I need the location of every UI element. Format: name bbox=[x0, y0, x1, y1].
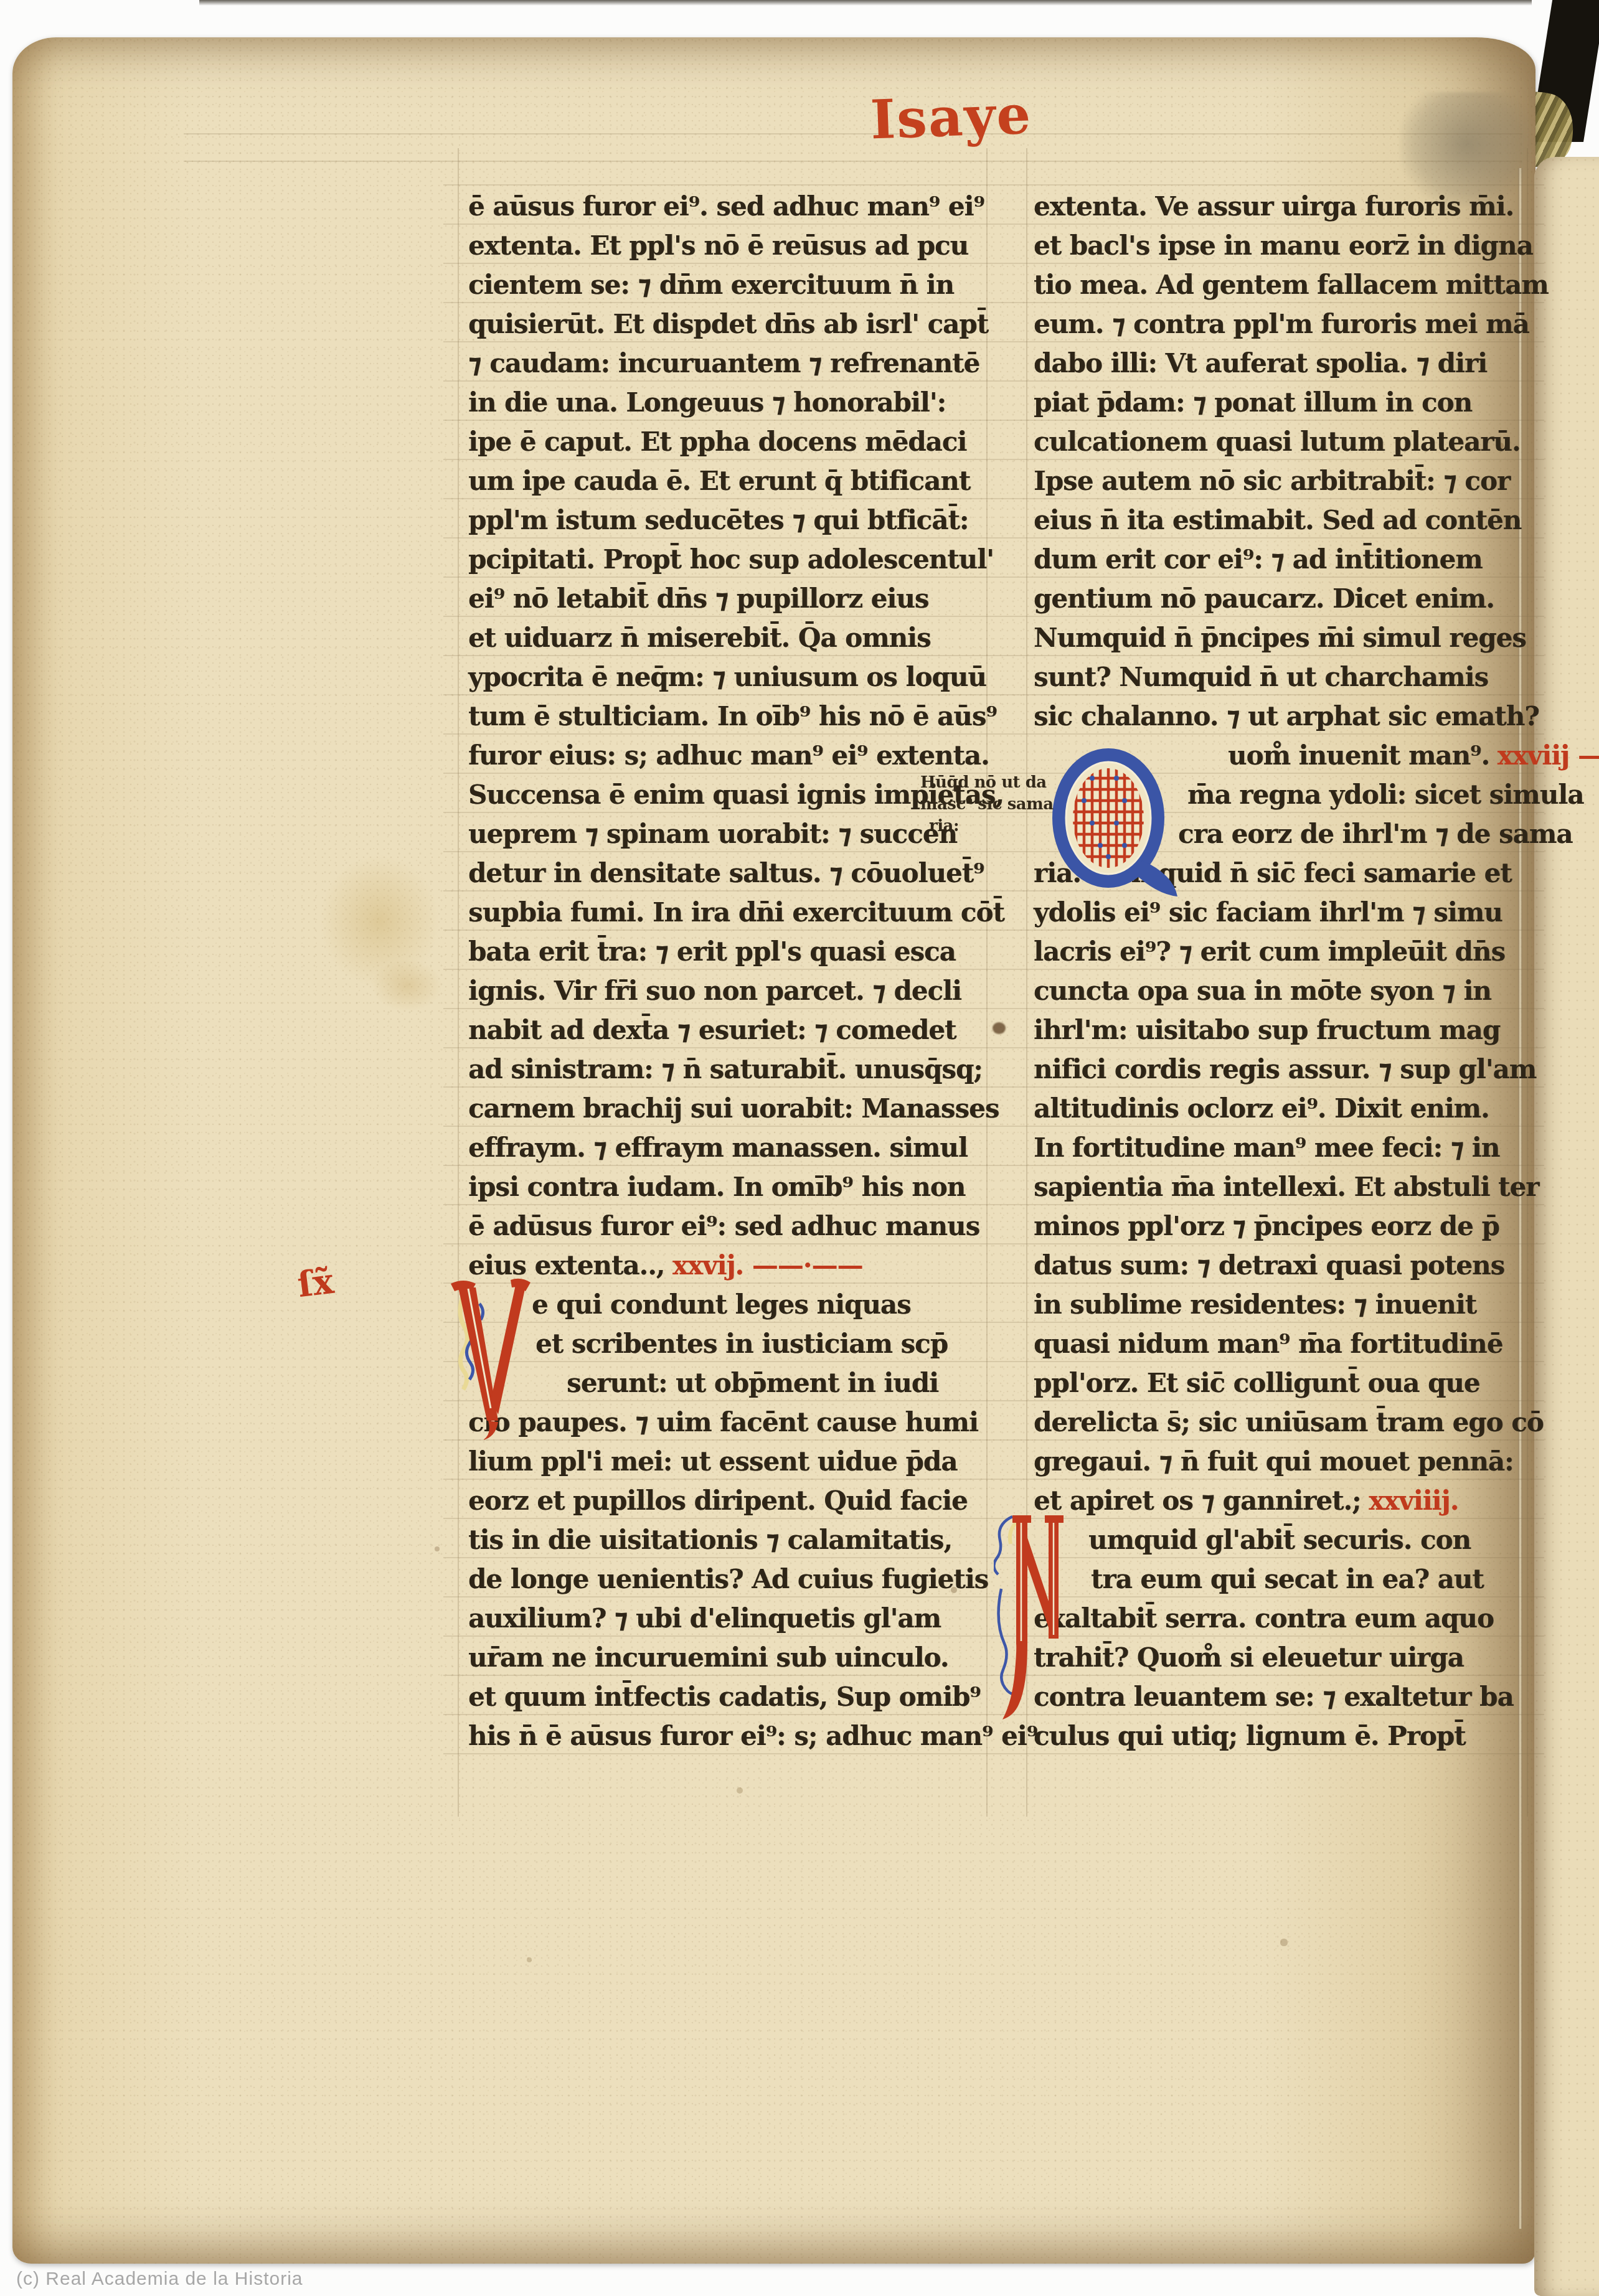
text-run: et scribentes in iusticiam scp̄ bbox=[535, 1329, 948, 1359]
manuscript-text-line: pcipitati. Propt̄ hoc sup adolescentul' bbox=[468, 540, 981, 579]
decorated-initial-v bbox=[450, 1276, 532, 1441]
manuscript-text-line: ihrl'm: uisitabo sup fructum mag bbox=[1034, 1010, 1547, 1050]
margin-paraph-mark: ſx̃ bbox=[295, 1261, 336, 1306]
text-run: exaltabit̄ serra. contra eum aquo bbox=[1034, 1603, 1494, 1634]
text-run: umquid gl'abit̄ securis. con bbox=[1088, 1525, 1471, 1555]
text-run: eum. ⁊ contra ppl'm furoris mei mā bbox=[1034, 309, 1529, 339]
text-run: serunt: ut obp̄ment in iudi bbox=[567, 1368, 938, 1398]
text-run: altitudinis oclorz ei⁹. Dixit enim. bbox=[1034, 1093, 1489, 1124]
manuscript-text-line: cuncta opa sua in mōte syon ⁊ in bbox=[1034, 971, 1547, 1010]
manuscript-text-line: altitudinis oclorz ei⁹. Dixit enim. bbox=[1034, 1089, 1547, 1128]
text-run: gregaui. ⁊ n̄ fuit qui mouet pennā: bbox=[1034, 1446, 1514, 1477]
text-run: detur in densitate saltus. ⁊ cōuoluet̄⁹ bbox=[468, 858, 984, 888]
text-run: furor eius: s; adhuc man⁹ ei⁹ extenta. bbox=[468, 740, 989, 771]
manuscript-text-line: dum erit cor ei⁹: ⁊ ad int̄itionem bbox=[1034, 540, 1547, 579]
manuscript-text-line: detur in densitate saltus. ⁊ cōuoluet̄⁹ bbox=[468, 854, 981, 893]
text-run: uom̊ inuenit man⁹. bbox=[1228, 740, 1489, 771]
text-run: quisierūt. Et dispdet dn̄s ab isrl' capt… bbox=[468, 309, 988, 339]
manuscript-text-line: ppl'm istum seducētes ⁊ qui btficāt̄: bbox=[468, 501, 981, 540]
manuscript-text-line: sunt? Numquid n̄ ut charchamis bbox=[1034, 657, 1547, 697]
text-run: ihrl'm: uisitabo sup fructum mag bbox=[1034, 1015, 1500, 1045]
book-top-edge bbox=[199, 0, 1532, 6]
text-run: ppl'orz. Et sic̄ colligunt̄ oua que bbox=[1034, 1368, 1480, 1398]
chapter-numeral: xxviiij. bbox=[1361, 1485, 1459, 1516]
manuscript-text-line: ueprem ⁊ spinam uorabit: ⁊ succen bbox=[468, 814, 981, 854]
text-run: cuncta opa sua in mōte syon ⁊ in bbox=[1034, 976, 1491, 1006]
text-run: ipsi contra iudam. In omīb⁹ his non bbox=[468, 1172, 965, 1202]
manuscript-text-line: ipe ē caput. Et ppha docens mēdaci bbox=[468, 422, 981, 461]
manuscript-text-line: Ipse autem nō sic arbitrabit̄: ⁊ cor bbox=[1034, 461, 1547, 501]
text-run: lium ppl'i mei: ut essent uidue p̄da bbox=[468, 1446, 957, 1477]
manuscript-text-line: quisierūt. Et dispdet dn̄s ab isrl' capt… bbox=[468, 304, 981, 344]
text-run: et uiduarz n̄ miserebit̄. Q̄a omnis bbox=[468, 623, 931, 653]
text-run: pcipitati. Propt̄ hoc sup adolescentul' bbox=[468, 544, 994, 575]
text-run: et bacl's ipse in manu eorz̄ in digna bbox=[1034, 230, 1533, 261]
text-run: cientem se: ⁊ dn̄m exercituum n̄ in bbox=[468, 270, 954, 300]
chapter-numeral: xxviij — bbox=[1489, 740, 1599, 771]
text-run: minos ppl'orz ⁊ p̄ncipes eorz de p̄ bbox=[1034, 1211, 1499, 1241]
manuscript-text-line: eius extenta..,xxvij. ——·—— bbox=[468, 1246, 981, 1285]
manuscript-text-line: umquid gl'abit̄ securis. con bbox=[1034, 1520, 1547, 1560]
manuscript-text-line: de longe uenientis? Ad cuius fugietis bbox=[468, 1560, 981, 1599]
text-run: gentium nō paucarz. Dicet enim. bbox=[1034, 583, 1494, 614]
decorated-initial-q bbox=[1051, 746, 1179, 905]
ruling-vertical bbox=[458, 148, 459, 1817]
manuscript-text-line: bata erit t̄ra: ⁊ erit ppl's quasi esca bbox=[468, 932, 981, 971]
manuscript-text-line: minos ppl'orz ⁊ p̄ncipes eorz de p̄ bbox=[1034, 1207, 1547, 1246]
manuscript-text-line: eius n̄ ita estimabit. Sed ad contēn bbox=[1034, 501, 1547, 540]
text-run: in sublime residentes: ⁊ inuenit bbox=[1034, 1289, 1476, 1320]
text-run: m̄a regna ydoli: sicet simula bbox=[1187, 779, 1583, 810]
text-run: his n̄ ē aūsus furor ei⁹: s; adhuc man⁹ … bbox=[468, 1721, 1037, 1751]
text-run: et quum int̄fectis cadatis, Sup omib⁹ bbox=[468, 1682, 981, 1712]
text-run: ypocrita ē neq̄m: ⁊ uniusum os loquū bbox=[468, 662, 986, 692]
text-run: in die una. Longeuus ⁊ honorabil': bbox=[468, 387, 946, 418]
manuscript-text-line: effraym. ⁊ effraym manassen. simul bbox=[468, 1128, 981, 1167]
text-run: um ipe cauda ē. Et erunt q̄ btificant bbox=[468, 466, 970, 496]
text-run: eorz et pupillos diripent. Quid facie bbox=[468, 1485, 968, 1516]
manuscript-text-line: quasi nidum man⁹ m̄a fortitudinē bbox=[1034, 1324, 1547, 1363]
text-run: sunt? Numquid n̄ ut charchamis bbox=[1034, 662, 1488, 692]
text-run: Ipse autem nō sic arbitrabit̄: ⁊ cor bbox=[1034, 466, 1510, 496]
gloss-line: Hūq̄d nō ut da bbox=[920, 772, 1064, 794]
manuscript-text-line: ⁊ caudam: incuruantem ⁊ refrenantē bbox=[468, 344, 981, 383]
foxing-specks bbox=[0, 0, 2, 2]
manuscript-text-line: ei⁹ nō letabit̄ dn̄s ⁊ pupillorz eius bbox=[468, 579, 981, 618]
manuscript-text-line: ipsi contra iudam. In omīb⁹ his non bbox=[468, 1167, 981, 1207]
manuscript-text-line: contra leuantem se: ⁊ exaltetur ba bbox=[1034, 1677, 1547, 1716]
text-run: extenta. Ve assur uirga furoris m̄i. bbox=[1034, 191, 1514, 222]
manuscript-text-line: furor eius: s; adhuc man⁹ ei⁹ extenta. bbox=[468, 736, 981, 775]
manuscript-text-line: nabit ad dext̄a ⁊ esuriet: ⁊ comedet bbox=[468, 1010, 981, 1050]
manuscript-text-line: dabo illi: Vt auferat spolia. ⁊ diri bbox=[1034, 344, 1547, 383]
manuscript-text-line: extenta. Ve assur uirga furoris m̄i. bbox=[1034, 187, 1547, 226]
manuscript-text-line: datus sum: ⁊ detraxi quasi potens bbox=[1034, 1246, 1547, 1285]
manuscript-text-line: tum ē stulticiam. In oīb⁹ his nō ē aūs⁹ bbox=[468, 697, 981, 736]
running-title: Isaye bbox=[869, 83, 1032, 152]
text-run: derelicta s̄; sic uniūsam t̄ram ego cō bbox=[1034, 1407, 1544, 1437]
text-run: ad sinistram: ⁊ n̄ saturabit̄. unusq̄sq; bbox=[468, 1054, 983, 1084]
marginal-gloss: Hūq̄d nō ut da masc⁹ sic sama ria: bbox=[920, 772, 1064, 837]
text-run: ē aūsus furor ei⁹. sed adhuc man⁹ ei⁹ bbox=[468, 191, 984, 222]
text-run: tio mea. Ad gentem fallacem mittam bbox=[1034, 270, 1549, 300]
gloss-line: ria: bbox=[920, 816, 1064, 837]
manuscript-text-line: et bacl's ipse in manu eorz̄ in digna bbox=[1034, 226, 1547, 265]
text-run: piat p̄dam: ⁊ ponat illum in con bbox=[1034, 387, 1472, 418]
manuscript-text-line: supbia fumi. In ira dn̄i exercituum cōt̄ bbox=[468, 893, 981, 932]
manuscript-text-line: ur̄am ne incuruemini sub uinculo. bbox=[468, 1638, 981, 1677]
text-run: nabit ad dext̄a ⁊ esuriet: ⁊ comedet bbox=[468, 1015, 956, 1045]
manuscript-text-line: culcationem quasi lutum platearū. bbox=[1034, 422, 1547, 461]
copyright-watermark: (c) Real Academia de la Historia bbox=[16, 2269, 303, 2290]
manuscript-text-line: exaltabit̄ serra. contra eum aquo bbox=[1034, 1599, 1547, 1638]
right-text-column: extenta. Ve assur uirga furoris m̄i.et b… bbox=[1034, 187, 1547, 1756]
text-run: culus qui utiq; lignum ē. Propt̄ bbox=[1034, 1721, 1466, 1751]
text-run: tis in die uisitationis ⁊ calamitatis, bbox=[468, 1525, 952, 1555]
text-run: ⁊ caudam: incuruantem ⁊ refrenantē bbox=[468, 348, 979, 379]
text-run: Numquid n̄ p̄ncipes m̄i simul reges bbox=[1034, 623, 1526, 653]
manuscript-text-line: et uiduarz n̄ miserebit̄. Q̄a omnis bbox=[468, 618, 981, 657]
text-run: auxilium? ⁊ ubi d'elinquetis gl'am bbox=[468, 1603, 941, 1634]
manuscript-text-line: nifici cordis regis assur. ⁊ sup gl'am bbox=[1034, 1050, 1547, 1089]
text-run: eius n̄ ita estimabit. Sed ad contēn bbox=[1034, 505, 1521, 535]
text-run: effraym. ⁊ effraym manassen. simul bbox=[468, 1132, 968, 1163]
text-run: bata erit t̄ra: ⁊ erit ppl's quasi esca bbox=[468, 936, 956, 967]
text-run: de longe uenientis? Ad cuius fugietis bbox=[468, 1564, 988, 1594]
manuscript-text-line: lium ppl'i mei: ut essent uidue p̄da bbox=[468, 1442, 981, 1481]
text-run: supbia fumi. In ira dn̄i exercituum cōt̄ bbox=[468, 897, 1004, 928]
manuscript-text-line: Numquid n̄ p̄ncipes m̄i simul reges bbox=[1034, 618, 1547, 657]
manuscript-text-line: et apiret os ⁊ ganniret.;xxviiij. bbox=[1034, 1481, 1547, 1520]
manuscript-text-line: ppl'orz. Et sic̄ colligunt̄ oua que bbox=[1034, 1363, 1547, 1403]
manuscript-text-line: auxilium? ⁊ ubi d'elinquetis gl'am bbox=[468, 1599, 981, 1638]
manuscript-text-line: ad sinistram: ⁊ n̄ saturabit̄. unusq̄sq; bbox=[468, 1050, 981, 1089]
manuscript-text-line: um ipe cauda ē. Et erunt q̄ btificant bbox=[468, 461, 981, 501]
manuscript-text-line: tra eum qui secat in ea? aut bbox=[1034, 1560, 1547, 1599]
manuscript-text-line: Succensa ē enim quasi ignis impietas, bbox=[468, 775, 981, 814]
manuscript-text-line: gregaui. ⁊ n̄ fuit qui mouet pennā: bbox=[1034, 1442, 1547, 1481]
manuscript-text-line: et scribentes in iusticiam scp̄ bbox=[468, 1324, 981, 1363]
text-run: tra eum qui secat in ea? aut bbox=[1091, 1564, 1484, 1594]
manuscript-text-line: eorz et pupillos diripent. Quid facie bbox=[468, 1481, 981, 1520]
manuscript-photo: Isaye ē aūsus furor ei⁹. sed adhuc man⁹ … bbox=[0, 0, 1599, 2296]
manuscript-text-line: sic chalanno. ⁊ ut arphat sic emath? bbox=[1034, 697, 1547, 736]
manuscript-text-line: in sublime residentes: ⁊ inuenit bbox=[1034, 1285, 1547, 1324]
manuscript-text-line: ypocrita ē neq̄m: ⁊ uniusum os loquū bbox=[468, 657, 981, 697]
manuscript-text-line: cio paupes. ⁊ uim facēnt cause humi bbox=[468, 1403, 981, 1442]
text-run: culcationem quasi lutum platearū. bbox=[1034, 426, 1521, 457]
manuscript-text-line: gentium nō paucarz. Dicet enim. bbox=[1034, 579, 1547, 618]
text-run: ei⁹ nō letabit̄ dn̄s ⁊ pupillorz eius bbox=[468, 583, 928, 614]
text-run: dum erit cor ei⁹: ⁊ ad int̄itionem bbox=[1034, 544, 1483, 575]
text-run: datus sum: ⁊ detraxi quasi potens bbox=[1034, 1250, 1504, 1281]
manuscript-text-line: in die una. Longeuus ⁊ honorabil': bbox=[468, 383, 981, 422]
manuscript-text-line: carnem brachij sui uorabit: Manasses bbox=[468, 1089, 981, 1128]
manuscript-text-line: cientem se: ⁊ dn̄m exercituum n̄ in bbox=[468, 265, 981, 304]
manuscript-text-line: lacris ei⁹? ⁊ erit cum impleūit dn̄s bbox=[1034, 932, 1547, 971]
text-run: tum ē stulticiam. In oīb⁹ his nō ē aūs⁹ bbox=[468, 701, 997, 732]
chapter-numeral: xxvij. ——·—— bbox=[664, 1250, 862, 1281]
text-run: cio paupes. ⁊ uim facēnt cause humi bbox=[468, 1407, 978, 1437]
manuscript-text-line: ignis. Vir fr̄i suo non parcet. ⁊ decli bbox=[468, 971, 981, 1010]
manuscript-text-line: extenta. Et ppl's nō ē reūsus ad pcu bbox=[468, 226, 981, 265]
text-run: cra eorz de ihrl'm ⁊ de sama bbox=[1178, 819, 1572, 849]
manuscript-text-line: tis in die uisitationis ⁊ calamitatis, bbox=[468, 1520, 981, 1560]
text-run: extenta. Et ppl's nō ē reūsus ad pcu bbox=[468, 230, 968, 261]
text-run: ipe ē caput. Et ppha docens mēdaci bbox=[468, 426, 966, 457]
manuscript-text-line: et quum int̄fectis cadatis, Sup omib⁹ bbox=[468, 1677, 981, 1716]
text-run: e qui condunt leges niquas bbox=[532, 1289, 911, 1320]
text-run: ē adūsus furor ei⁹: sed adhuc manus bbox=[468, 1211, 979, 1241]
manuscript-text-line: sapientia m̄a intellexi. Et abstuli ter bbox=[1034, 1167, 1547, 1207]
text-run: dabo illi: Vt auferat spolia. ⁊ diri bbox=[1034, 348, 1487, 379]
left-text-column: ē aūsus furor ei⁹. sed adhuc man⁹ ei⁹ext… bbox=[468, 187, 981, 1756]
text-run: contra leuantem se: ⁊ exaltetur ba bbox=[1034, 1682, 1514, 1712]
text-run: ppl'm istum seducētes ⁊ qui btficāt̄: bbox=[468, 505, 968, 535]
manuscript-text-line: ē adūsus furor ei⁹: sed adhuc manus bbox=[468, 1207, 981, 1246]
text-run: et apiret os ⁊ ganniret.; bbox=[1034, 1485, 1361, 1516]
manuscript-text-line: tio mea. Ad gentem fallacem mittam bbox=[1034, 265, 1547, 304]
manuscript-text-line: In fortitudine man⁹ mee feci: ⁊ in bbox=[1034, 1128, 1547, 1167]
text-run: sic chalanno. ⁊ ut arphat sic emath? bbox=[1034, 701, 1539, 732]
text-run: In fortitudine man⁹ mee feci: ⁊ in bbox=[1034, 1132, 1499, 1163]
text-run: ueprem ⁊ spinam uorabit: ⁊ succen bbox=[468, 819, 957, 849]
text-run: sapientia m̄a intellexi. Et abstuli ter bbox=[1034, 1172, 1539, 1202]
text-run: ur̄am ne incuruemini sub uinculo. bbox=[468, 1642, 948, 1673]
text-run: carnem brachij sui uorabit: Manasses bbox=[468, 1093, 999, 1124]
text-run: nifici cordis regis assur. ⁊ sup gl'am bbox=[1034, 1054, 1536, 1084]
text-run: trahit̄? Quom̊ si eleuetur uirga bbox=[1034, 1642, 1464, 1673]
manuscript-text-line: piat p̄dam: ⁊ ponat illum in con bbox=[1034, 383, 1547, 422]
manuscript-text-line: e qui condunt leges niquas bbox=[468, 1285, 981, 1324]
text-run: quasi nidum man⁹ m̄a fortitudinē bbox=[1034, 1329, 1502, 1359]
manuscript-text-line: his n̄ ē aūsus furor ei⁹: s; adhuc man⁹ … bbox=[468, 1716, 981, 1756]
manuscript-text-line: ē aūsus furor ei⁹. sed adhuc man⁹ ei⁹ bbox=[468, 187, 981, 226]
manuscript-text-line: eum. ⁊ contra ppl'm furoris mei mā bbox=[1034, 304, 1547, 344]
manuscript-text-line: derelicta s̄; sic uniūsam t̄ram ego cō bbox=[1034, 1403, 1547, 1442]
text-run: ignis. Vir fr̄i suo non parcet. ⁊ decli bbox=[468, 976, 961, 1006]
gloss-line: masc⁹ sic sama bbox=[920, 794, 1064, 816]
text-run: lacris ei⁹? ⁊ erit cum impleūit dn̄s bbox=[1034, 936, 1505, 967]
ruling-horizontal bbox=[184, 133, 1522, 134]
decorated-initial-n bbox=[994, 1510, 1067, 1725]
manuscript-text-line: serunt: ut obp̄ment in iudi bbox=[468, 1363, 981, 1403]
ruling-horizontal bbox=[184, 161, 1522, 162]
manuscript-text-line: trahit̄? Quom̊ si eleuetur uirga bbox=[1034, 1638, 1547, 1677]
manuscript-text-line: culus qui utiq; lignum ē. Propt̄ bbox=[1034, 1716, 1547, 1756]
